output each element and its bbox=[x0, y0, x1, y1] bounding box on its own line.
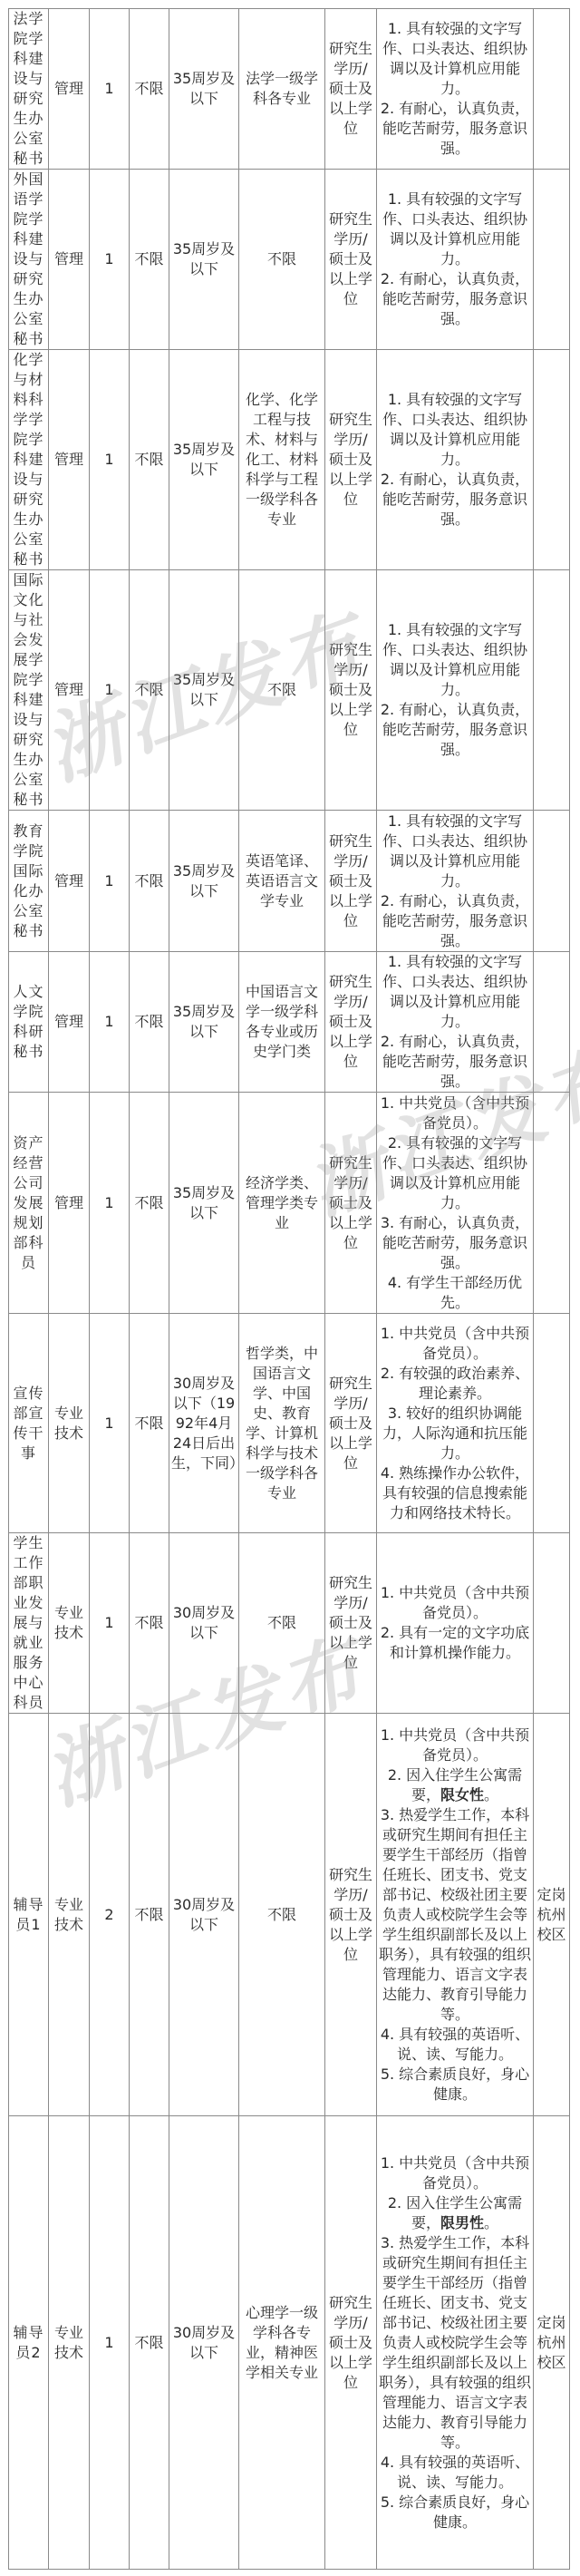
gender-cell: 不限 bbox=[130, 170, 169, 350]
requirement-item: 3. 较好的组织协调能力，人际沟通和抗压能力。 bbox=[379, 1404, 531, 1463]
major-cell: 英语笔译、英语语言文学专业 bbox=[239, 811, 325, 952]
requirement-item: 1. 具有较强的文字写作、口头表达、组织协调以及计算机应用能力。 bbox=[379, 19, 531, 99]
age-cell: 35周岁及以下 bbox=[169, 170, 239, 350]
note-cell bbox=[534, 952, 570, 1093]
degree-cell: 研究生学历/硕士及以上学位 bbox=[325, 1533, 377, 1714]
requirements-cell: 1. 具有较强的文字写作、口头表达、组织协调以及计算机应用能力。2. 有耐心，认… bbox=[377, 350, 534, 570]
table-row: 人文学院科研秘书管理1不限35周岁及以下中国语言文学一级学科各专业或历史学门类研… bbox=[9, 952, 570, 1093]
requirement-item: 1. 具有较强的文字写作、口头表达、组织协调以及计算机应用能力。 bbox=[379, 952, 531, 1032]
age-cell: 35周岁及以下 bbox=[169, 952, 239, 1093]
major-cell: 不限 bbox=[239, 570, 325, 811]
requirements-cell: 1. 具有较强的文字写作、口头表达、组织协调以及计算机应用能力。2. 有耐心，认… bbox=[377, 811, 534, 952]
requirement-item: 4. 具有较强的英语听、说、读、写能力。 bbox=[379, 2025, 531, 2065]
note-cell bbox=[534, 1314, 570, 1533]
requirement-item: 2. 有耐心，认真负责，能吃苦耐劳，服务意识强。 bbox=[379, 269, 531, 329]
degree-cell: 研究生学历/硕士及以上学位 bbox=[325, 2116, 377, 2570]
major-cell: 不限 bbox=[239, 170, 325, 350]
position-cell: 辅导员1 bbox=[9, 1714, 49, 2116]
requirement-item: 2. 有耐心，认真负责，能吃苦耐劳，服务意识强。 bbox=[379, 891, 531, 951]
requirement-item: 5. 综合素质良好，身心健康。 bbox=[379, 2065, 531, 2105]
requirement-item: 1. 具有较强的文字写作、口头表达、组织协调以及计算机应用能力。 bbox=[379, 390, 531, 470]
requirements-cell: 1. 具有较强的文字写作、口头表达、组织协调以及计算机应用能力。2. 有耐心，认… bbox=[377, 952, 534, 1093]
degree-cell: 研究生学历/硕士及以上学位 bbox=[325, 811, 377, 952]
table-row: 外国语学院学科建设与研究生办公室秘书管理1不限35周岁及以下不限研究生学历/硕士… bbox=[9, 170, 570, 350]
position-cell: 国际文化与社会发展学院学科建设与研究生办公室秘书 bbox=[9, 570, 49, 811]
major-cell: 中国语言文学一级学科各专业或历史学门类 bbox=[239, 952, 325, 1093]
age-cell: 30周岁及以下 bbox=[169, 1714, 239, 2116]
degree-cell: 研究生学历/硕士及以上学位 bbox=[325, 350, 377, 570]
requirement-item: 3. 热爱学生工作，本科或研究生期间有担任主要学生干部经历（指曾任班长、团支书、… bbox=[379, 2233, 531, 2453]
major-cell: 心理学一级学科各专业，精神医学相关专业 bbox=[239, 2116, 325, 2570]
gender-cell: 不限 bbox=[130, 350, 169, 570]
note-cell bbox=[534, 1093, 570, 1314]
requirement-item: 2. 有耐心，认真负责，能吃苦耐劳，服务意识强。 bbox=[379, 1032, 531, 1092]
category-cell: 管理 bbox=[49, 1093, 90, 1314]
table-row: 国际文化与社会发展学院学科建设与研究生办公室秘书管理1不限35周岁及以下不限研究… bbox=[9, 570, 570, 811]
requirement-item: 3. 热爱学生工作，本科或研究生期间有担任主要学生干部经历（指曾任班长、团支书、… bbox=[379, 1805, 531, 2025]
table-row: 资产经营公司发展规划部科员管理1不限35周岁及以下经济学类、管理学类专业研究生学… bbox=[9, 1093, 570, 1314]
position-cell: 人文学院科研秘书 bbox=[9, 952, 49, 1093]
category-cell: 专业技术 bbox=[49, 1314, 90, 1533]
age-cell: 35周岁及以下 bbox=[169, 9, 239, 170]
requirement-item: 4. 具有较强的英语听、说、读、写能力。 bbox=[379, 2453, 531, 2493]
category-cell: 专业技术 bbox=[49, 1533, 90, 1714]
note-cell bbox=[534, 570, 570, 811]
requirement-item: 2. 因入住学生公寓需要，限女性。 bbox=[379, 1765, 531, 1805]
table-row: 化学与材料科学学院学科建设与研究生办公室秘书管理1不限35周岁及以下化学、化学工… bbox=[9, 350, 570, 570]
age-cell: 35周岁及以下 bbox=[169, 1093, 239, 1314]
gender-cell: 不限 bbox=[130, 1533, 169, 1714]
position-cell: 辅导员2 bbox=[9, 2116, 49, 2570]
table-body: 法学院学科建设与研究生办公室秘书管理1不限35周岁及以下法学一级学科各专业研究生… bbox=[9, 9, 570, 2570]
position-cell: 学生工作部职业发展与就业服务中心科员 bbox=[9, 1533, 49, 1714]
gender-cell: 不限 bbox=[130, 9, 169, 170]
age-cell: 35周岁及以下 bbox=[169, 570, 239, 811]
requirements-cell: 1. 中共党员（含中共预备党员）。2. 因入住学生公寓需要，限男性。3. 热爱学… bbox=[377, 2116, 534, 2570]
requirements-cell: 1. 中共党员（含中共预备党员）。2. 因入住学生公寓需要，限女性。3. 热爱学… bbox=[377, 1714, 534, 2116]
category-cell: 管理 bbox=[49, 952, 90, 1093]
gender-cell: 不限 bbox=[130, 811, 169, 952]
position-cell: 化学与材料科学学院学科建设与研究生办公室秘书 bbox=[9, 350, 49, 570]
requirement-item: 2. 因入住学生公寓需要，限男性。 bbox=[379, 2193, 531, 2233]
requirement-item: 1. 具有较强的文字写作、口头表达、组织协调以及计算机应用能力。 bbox=[379, 620, 531, 700]
count-cell: 1 bbox=[90, 570, 130, 811]
degree-cell: 研究生学历/硕士及以上学位 bbox=[325, 1714, 377, 2116]
category-cell: 管理 bbox=[49, 170, 90, 350]
table-row: 辅导员2专业技术1不限30周岁及以下心理学一级学科各专业，精神医学相关专业研究生… bbox=[9, 2116, 570, 2570]
requirement-item: 4. 熟练操作办公软件，具有较强的信息搜索能力和网络技术特长。 bbox=[379, 1463, 531, 1523]
requirement-item: 2. 具有一定的文字功底和计算机操作能力。 bbox=[379, 1623, 531, 1663]
requirement-item: 2. 具有较强的文字写作、口头表达、组织协调以及计算机应用能力。 bbox=[379, 1133, 531, 1213]
gender-cell: 不限 bbox=[130, 570, 169, 811]
requirements-cell: 1. 中共党员（含中共预备党员）。2. 具有较强的文字写作、口头表达、组织协调以… bbox=[377, 1093, 534, 1314]
requirement-item: 5. 综合素质良好，身心健康。 bbox=[379, 2493, 531, 2532]
requirements-cell: 1. 具有较强的文字写作、口头表达、组织协调以及计算机应用能力。2. 有耐心，认… bbox=[377, 570, 534, 811]
note-cell bbox=[534, 350, 570, 570]
requirements-cell: 1. 具有较强的文字写作、口头表达、组织协调以及计算机应用能力。2. 有耐心，认… bbox=[377, 170, 534, 350]
requirement-item: 2. 有较强的政治素养、理论素养。 bbox=[379, 1364, 531, 1404]
count-cell: 1 bbox=[90, 1093, 130, 1314]
position-cell: 法学院学科建设与研究生办公室秘书 bbox=[9, 9, 49, 170]
requirement-item: 1. 中共党员（含中共预备党员）。 bbox=[379, 1324, 531, 1364]
position-cell: 教育学院国际化办公室秘书 bbox=[9, 811, 49, 952]
age-cell: 35周岁及以下 bbox=[169, 350, 239, 570]
gender-cell: 不限 bbox=[130, 952, 169, 1093]
count-cell: 1 bbox=[90, 9, 130, 170]
note-cell: 定岗杭州校区 bbox=[534, 2116, 570, 2570]
requirement-item: 4. 有学生干部经历优先。 bbox=[379, 1273, 531, 1313]
requirement-item: 1. 中共党员（含中共预备党员）。 bbox=[379, 1583, 531, 1623]
table-row: 宣传部宣传干事专业技术1不限30周岁及以下（1992年4月24日后出生，下同）哲… bbox=[9, 1314, 570, 1533]
gender-cell: 不限 bbox=[130, 1093, 169, 1314]
age-cell: 30周岁及以下（1992年4月24日后出生，下同） bbox=[169, 1314, 239, 1533]
count-cell: 1 bbox=[90, 1314, 130, 1533]
count-cell: 1 bbox=[90, 952, 130, 1093]
note-cell bbox=[534, 811, 570, 952]
note-cell: 定岗杭州校区 bbox=[534, 1714, 570, 2116]
degree-cell: 研究生学历/硕士及以上学位 bbox=[325, 9, 377, 170]
note-cell bbox=[534, 170, 570, 350]
major-cell: 不限 bbox=[239, 1533, 325, 1714]
requirements-cell: 1. 中共党员（含中共预备党员）。2. 具有一定的文字功底和计算机操作能力。 bbox=[377, 1533, 534, 1714]
count-cell: 1 bbox=[90, 1533, 130, 1714]
table-row: 学生工作部职业发展与就业服务中心科员专业技术1不限30周岁及以下不限研究生学历/… bbox=[9, 1533, 570, 1714]
category-cell: 管理 bbox=[49, 350, 90, 570]
requirement-item: 3. 有耐心，认真负责，能吃苦耐劳，服务意识强。 bbox=[379, 1213, 531, 1273]
category-cell: 专业技术 bbox=[49, 1714, 90, 2116]
position-cell: 外国语学院学科建设与研究生办公室秘书 bbox=[9, 170, 49, 350]
table-row: 辅导员1专业技术2不限30周岁及以下不限研究生学历/硕士及以上学位1. 中共党员… bbox=[9, 1714, 570, 2116]
age-cell: 35周岁及以下 bbox=[169, 811, 239, 952]
category-cell: 管理 bbox=[49, 811, 90, 952]
requirement-item: 2. 有耐心，认真负责，能吃苦耐劳，服务意识强。 bbox=[379, 700, 531, 760]
degree-cell: 研究生学历/硕士及以上学位 bbox=[325, 1093, 377, 1314]
degree-cell: 研究生学历/硕士及以上学位 bbox=[325, 952, 377, 1093]
major-cell: 经济学类、管理学类专业 bbox=[239, 1093, 325, 1314]
age-cell: 30周岁及以下 bbox=[169, 2116, 239, 2570]
major-cell: 化学、化学工程与技术、材料与化工、材料科学与工程一级学科各专业 bbox=[239, 350, 325, 570]
count-cell: 2 bbox=[90, 1714, 130, 2116]
count-cell: 1 bbox=[90, 170, 130, 350]
note-cell bbox=[534, 1533, 570, 1714]
requirements-cell: 1. 具有较强的文字写作、口头表达、组织协调以及计算机应用能力。2. 有耐心，认… bbox=[377, 9, 534, 170]
table-row: 法学院学科建设与研究生办公室秘书管理1不限35周岁及以下法学一级学科各专业研究生… bbox=[9, 9, 570, 170]
position-cell: 资产经营公司发展规划部科员 bbox=[9, 1093, 49, 1314]
major-cell: 不限 bbox=[239, 1714, 325, 2116]
requirement-item: 1. 具有较强的文字写作、口头表达、组织协调以及计算机应用能力。 bbox=[379, 812, 531, 891]
requirement-item: 2. 有耐心，认真负责，能吃苦耐劳，服务意识强。 bbox=[379, 470, 531, 530]
table-row: 教育学院国际化办公室秘书管理1不限35周岁及以下英语笔译、英语语言文学专业研究生… bbox=[9, 811, 570, 952]
requirements-cell: 1. 中共党员（含中共预备党员）。2. 有较强的政治素养、理论素养。3. 较好的… bbox=[377, 1314, 534, 1533]
degree-cell: 研究生学历/硕士及以上学位 bbox=[325, 1314, 377, 1533]
requirement-item: 1. 中共党员（含中共预备党员）。 bbox=[379, 2153, 531, 2193]
category-cell: 管理 bbox=[49, 570, 90, 811]
degree-cell: 研究生学历/硕士及以上学位 bbox=[325, 570, 377, 811]
major-cell: 哲学类，中国语言文学、中国史、教育学、计算机科学与技术一级学科各专业 bbox=[239, 1314, 325, 1533]
category-cell: 专业技术 bbox=[49, 2116, 90, 2570]
count-cell: 1 bbox=[90, 811, 130, 952]
requirement-item: 1. 中共党员（含中共预备党员）。 bbox=[379, 1094, 531, 1133]
gender-cell: 不限 bbox=[130, 1714, 169, 2116]
requirement-item: 2. 有耐心，认真负责，能吃苦耐劳，服务意识强。 bbox=[379, 99, 531, 159]
note-cell bbox=[534, 9, 570, 170]
major-cell: 法学一级学科各专业 bbox=[239, 9, 325, 170]
recruitment-table: 法学院学科建设与研究生办公室秘书管理1不限35周岁及以下法学一级学科各专业研究生… bbox=[8, 8, 570, 2570]
count-cell: 1 bbox=[90, 2116, 130, 2570]
position-cell: 宣传部宣传干事 bbox=[9, 1314, 49, 1533]
requirement-item: 1. 具有较强的文字写作、口头表达、组织协调以及计算机应用能力。 bbox=[379, 190, 531, 269]
degree-cell: 研究生学历/硕士及以上学位 bbox=[325, 170, 377, 350]
age-cell: 30周岁及以下 bbox=[169, 1533, 239, 1714]
count-cell: 1 bbox=[90, 350, 130, 570]
category-cell: 管理 bbox=[49, 9, 90, 170]
gender-cell: 不限 bbox=[130, 1314, 169, 1533]
gender-cell: 不限 bbox=[130, 2116, 169, 2570]
requirement-item: 1. 中共党员（含中共预备党员）。 bbox=[379, 1725, 531, 1765]
